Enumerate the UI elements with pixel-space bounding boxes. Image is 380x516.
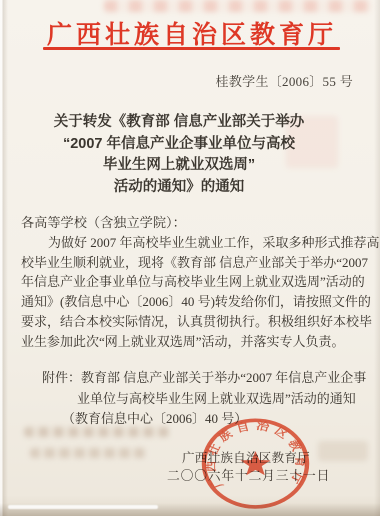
ink-bleed-row-2: [30, 448, 146, 458]
attachment-line-2: 业单位与高校毕业生网上就业双选周”活动的通知: [77, 388, 356, 407]
page-edge-right: [374, 0, 380, 516]
title-line-4: 活动的通知》的通知: [0, 177, 358, 199]
ink-bleed-row-1: [24, 427, 170, 437]
body-line: 校毕业生顺利就业，现将《教育部 信息产业部关于举办“2007: [21, 253, 361, 273]
body-paragraph: 为做好 2007 年高校毕业生就业工作，采取多种形式推荐高 校毕业生顺利就业，现…: [21, 233, 361, 351]
body-line: 为做好 2007 年高校毕业生就业工作，采取多种形式推荐高: [21, 233, 361, 253]
ink-bleed-top: [104, 0, 372, 12]
star-icon: [240, 451, 270, 475]
ink-bleed-row-3: [318, 441, 368, 461]
document-title: 关于转发《教育部 信息产业部关于举办 “2007 年信息产业企事业单位与高校 毕…: [0, 112, 358, 198]
scanned-document-page: 广西壮族自治区教育厅 桂教学生〔2006〕55 号 关于转发《教育部 信息产业部…: [0, 0, 380, 516]
attachment-line-1: 附件：教育部 信息产业部关于举办“2007 年信息产业企事: [42, 367, 366, 386]
body-line: 年信息产业企事业单位与高校毕业生网上就业双选周”活动的: [21, 272, 361, 292]
salutation: 各高等学校（含独立学院）：: [21, 212, 186, 231]
doc-number: 桂教学生〔2006〕55 号: [216, 71, 353, 90]
body-line: 通知》(教信息中心〔2006〕40 号)转发给你们，请按照文件的: [21, 292, 361, 312]
official-seal: 广西壮族自治区教育厅: [200, 417, 311, 510]
title-line-2: “2007 年信息产业企事业单位与高校: [0, 134, 358, 156]
letterhead-title: 广西壮族自治区教育厅: [0, 15, 380, 51]
title-line-3: 毕业生网上就业双选周”: [0, 155, 358, 177]
page-edge-left: [0, 0, 8, 516]
body-line: 业生参加此次“网上就业双选周”活动，并落实专人负责。: [21, 332, 361, 352]
title-line-1: 关于转发《教育部 信息产业部关于举办: [0, 112, 358, 134]
page-edge-highlight: [8, 505, 158, 509]
letterhead-rule: [43, 47, 340, 50]
body-line: 要求，结合本校实际情况，认真贯彻执行。积极组织好本校毕: [21, 312, 361, 332]
